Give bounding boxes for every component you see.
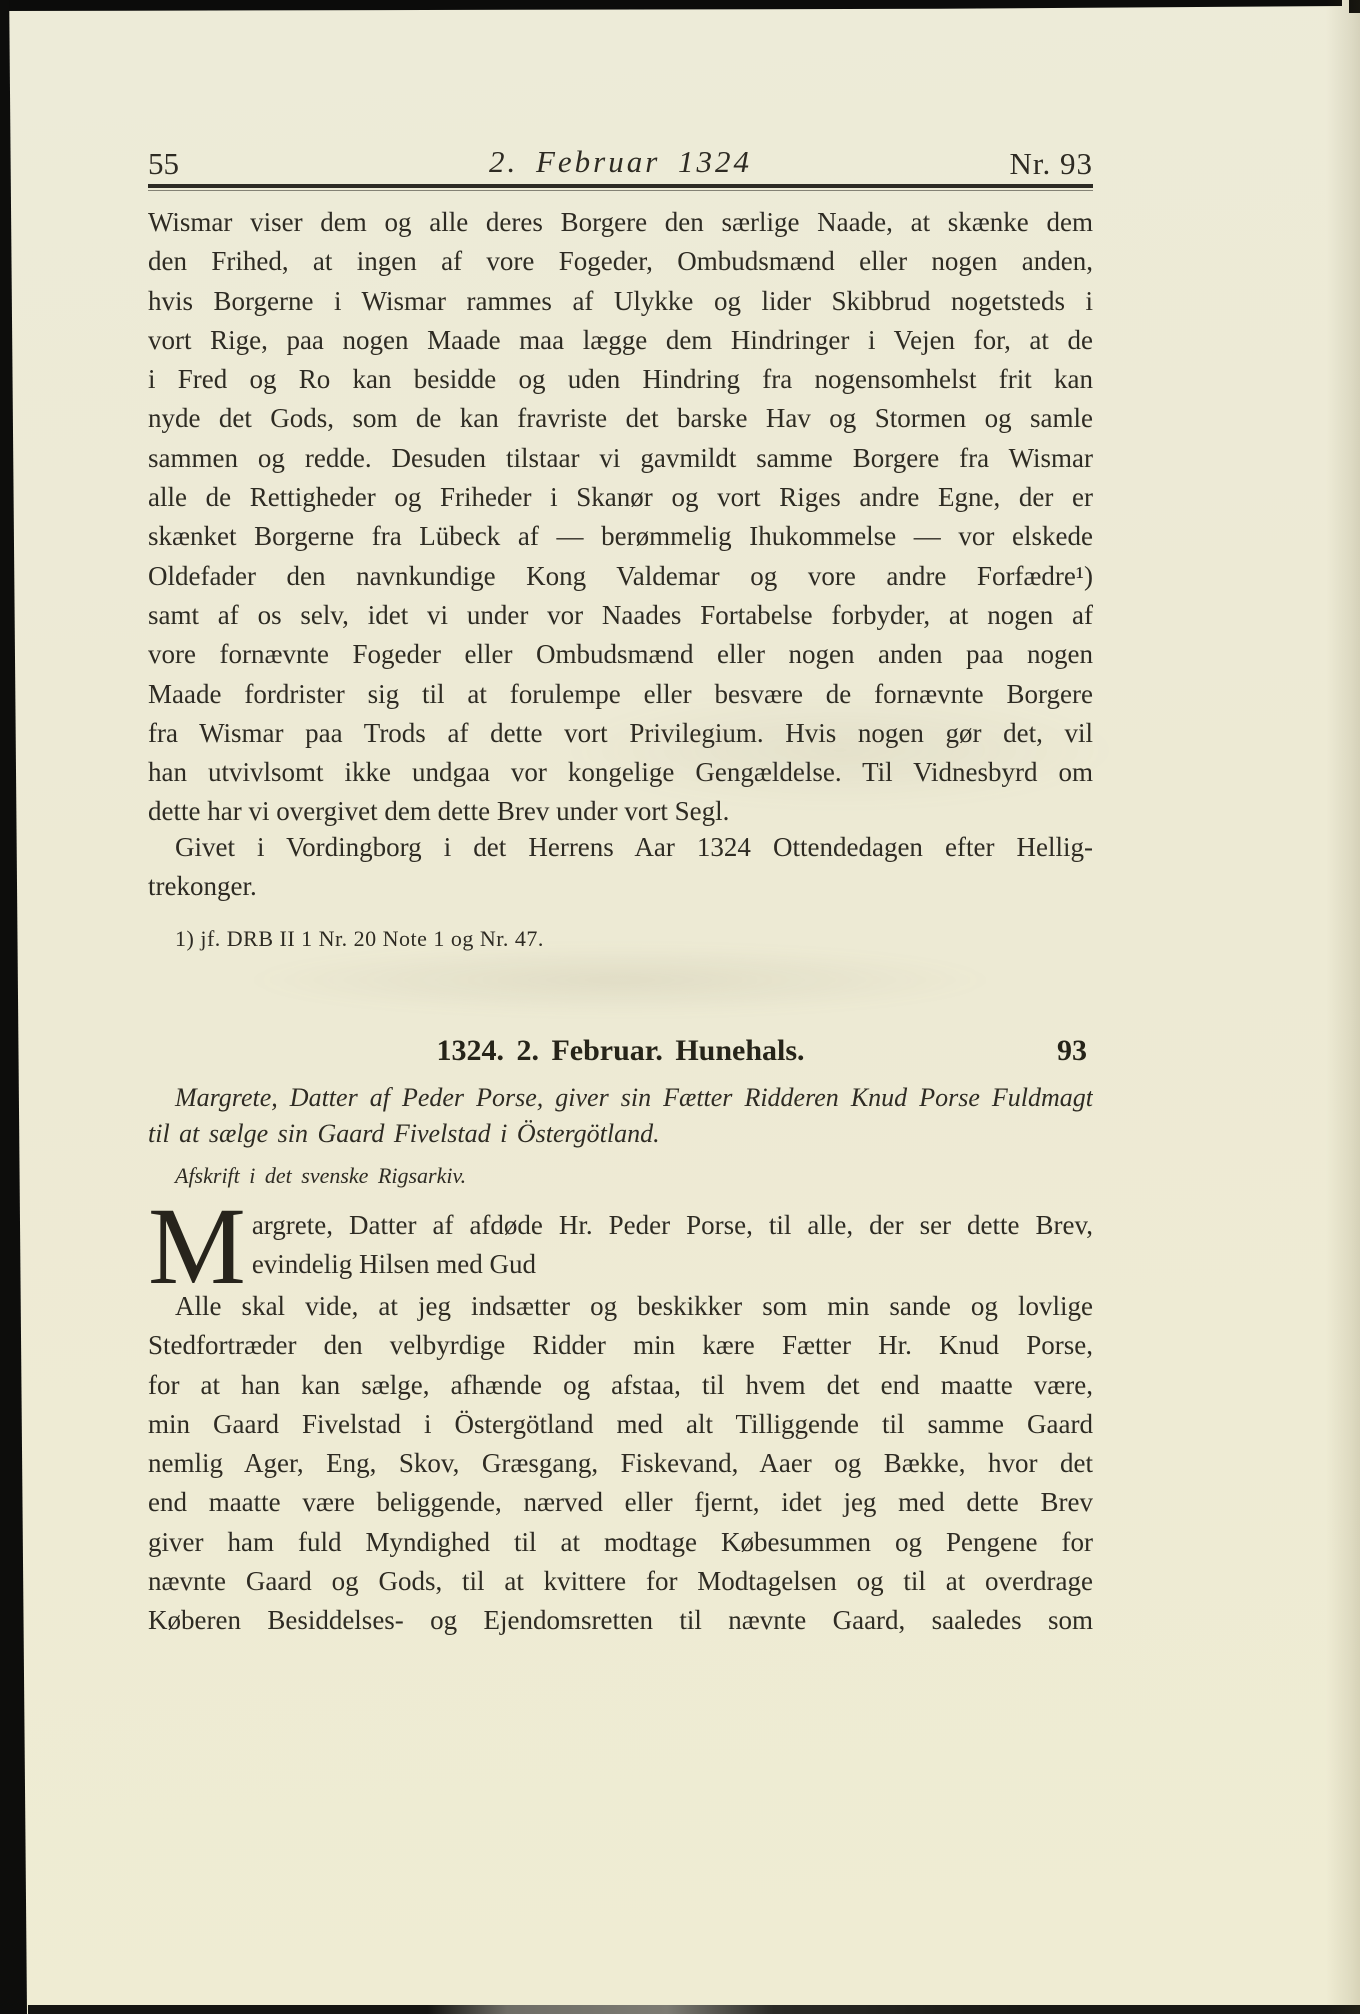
page-curvature-shade <box>1326 0 1360 2014</box>
text-line: for at han kan sælge, afhænde og afstaa,… <box>148 1366 1093 1405</box>
text-line: vore fornævnte Fogeder eller Ombudsmænd … <box>148 635 1093 674</box>
text-line: dette har vi overgivet dem dette Brev un… <box>148 792 1093 831</box>
header-rule-thin <box>148 190 1093 191</box>
text-line: han utvivlsomt ikke undgaa vor kongelige… <box>148 753 1093 792</box>
scanned-book-page: 55 2. Februar 1324 Nr. 93 Wismar viser d… <box>0 0 1360 2014</box>
text-line: min Gaard Fivelstad i Östergötland med a… <box>148 1405 1093 1444</box>
text-line: argrete, Datter af afdøde Hr. Peder Pors… <box>252 1206 1093 1245</box>
header-rule <box>148 184 1093 188</box>
document-number-header: Nr. 93 <box>1010 146 1094 182</box>
wismar-dating-paragraph: Givet i Vordingborg i det Herrens Aar 13… <box>148 828 1093 907</box>
text-line: nyde det Gods, som de kan fravriste det … <box>148 399 1093 438</box>
scan-edge-left <box>0 0 27 2014</box>
heading-date-place: 1324. 2. Februar. Hunehals. <box>436 1034 804 1068</box>
text-line: den Frihed, at ingen af vore Fogeder, Om… <box>148 242 1093 281</box>
source-note: Afskrift i det svenske Rigsarkiv. <box>148 1161 1093 1191</box>
text-line: Givet i Vordingborg i det Herrens Aar 13… <box>148 828 1093 867</box>
wismar-body-paragraph: Wismar viser dem og alle deres Borgere d… <box>148 203 1093 832</box>
salutation-paragraph: M argrete, Datter af afdøde Hr. Peder Po… <box>148 1206 1093 1286</box>
text-line: samt af os selv, idet vi under vor Naade… <box>148 596 1093 635</box>
text-line: Wismar viser dem og alle deres Borgere d… <box>148 203 1093 242</box>
text-line: giver ham fuld Myndighed til at modtage … <box>148 1523 1093 1562</box>
text-line: sammen og redde. Desuden tilstaar vi gav… <box>148 439 1093 478</box>
document-summary: Margrete, Datter af Peder Porse, giver s… <box>148 1080 1093 1152</box>
scan-edge-top <box>0 0 1342 11</box>
text-line: evindelig Hilsen med Gud <box>252 1245 1093 1284</box>
footnote: 1) jf. DRB II 1 Nr. 20 Note 1 og Nr. 47. <box>148 924 1093 954</box>
text-line: Køberen Besiddelses- og Ejendomsretten t… <box>148 1601 1093 1640</box>
text-line: Alle skal vide, at jeg indsætter og besk… <box>148 1287 1093 1326</box>
page-number: 55 <box>148 146 179 182</box>
text-line: Stedfortræder den velbyrdige Ridder min … <box>148 1326 1093 1365</box>
scan-edge-bottom <box>28 2005 1360 2014</box>
text-line: nævnte Gaard og Gods, til at kvittere fo… <box>148 1562 1093 1601</box>
text-line: hvis Borgerne i Wismar rammes af Ulykke … <box>148 282 1093 321</box>
text-line: alle de Rettigheder og Friheder i Skanør… <box>148 478 1093 517</box>
running-header: 55 2. Februar 1324 Nr. 93 <box>148 144 1093 186</box>
drop-cap-initial: M <box>148 1206 252 1286</box>
text-line: nemlig Ager, Eng, Skov, Græsgang, Fiskev… <box>148 1444 1093 1483</box>
summary-line: Margrete, Datter af Peder Porse, giver s… <box>148 1080 1093 1116</box>
text-line: trekonger. <box>148 867 1093 906</box>
bleed-through-smudge <box>240 945 1000 1015</box>
text-line: i Fred og Ro kan besidde og uden Hindrin… <box>148 360 1093 399</box>
text-line: skænket Borgerne fra Lübeck af — berømme… <box>148 517 1093 556</box>
text-line: vort Rige, paa nogen Maade maa lægge dem… <box>148 321 1093 360</box>
text-line: end maatte være beliggende, nærved eller… <box>148 1483 1093 1522</box>
text-line-with-footnote-ref: Oldefader den navnkundige Kong Valdemar … <box>148 557 1093 596</box>
summary-line: til at sælge sin Gaard Fivelstad i Öster… <box>148 1116 1093 1152</box>
document-heading: 1324. 2. Februar. Hunehals. 93 <box>148 1034 1093 1076</box>
document-number: 93 <box>1057 1034 1087 1068</box>
running-title: 2. Februar 1324 <box>489 144 752 180</box>
text-line: fra Wismar paa Trods af dette vort Privi… <box>148 714 1093 753</box>
hunehals-body-paragraph: Alle skal vide, at jeg indsætter og besk… <box>148 1287 1093 1641</box>
text-line: Maade fordrister sig til at forulempe el… <box>148 675 1093 714</box>
